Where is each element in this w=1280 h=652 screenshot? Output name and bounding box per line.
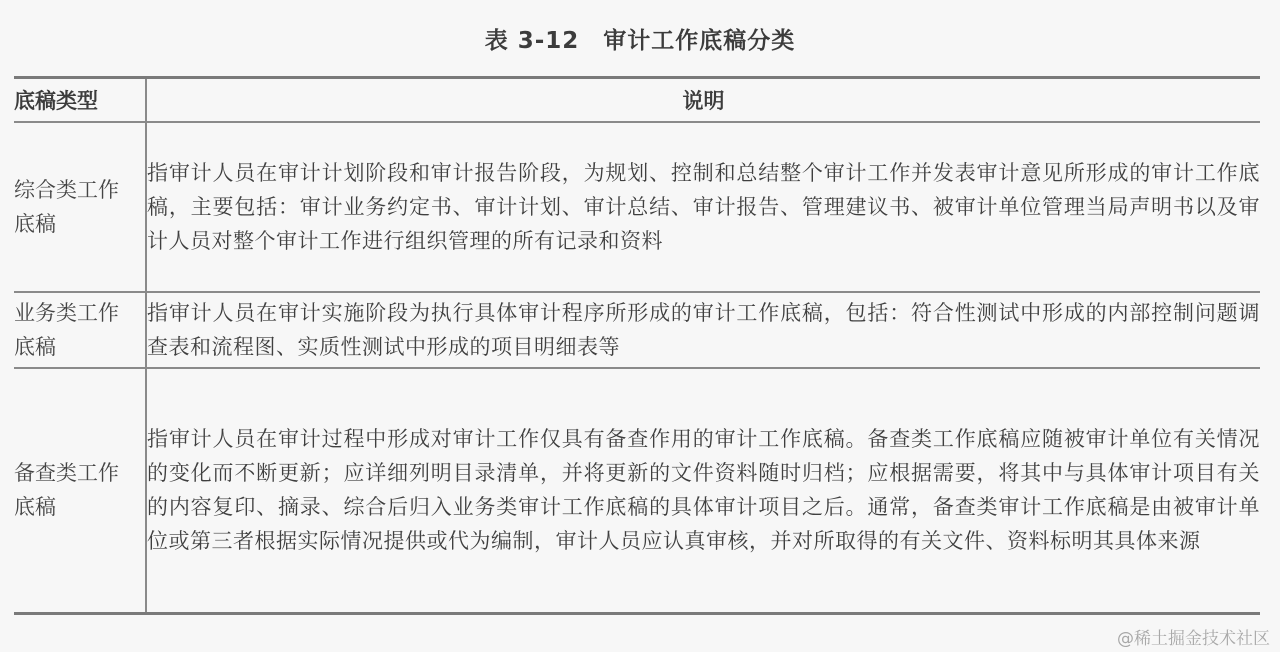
- header-type: 底稿类型: [14, 78, 146, 123]
- row-description: 指审计人员在审计实施阶段为执行具体审计程序所形成的审计工作底稿，包括：符合性测试…: [146, 292, 1260, 368]
- row-type: 备查类工作底稿: [14, 368, 146, 613]
- working-papers-table: 底稿类型 说明 综合类工作底稿 指审计人员在审计计划阶段和审计报告阶段，为规划、…: [14, 76, 1260, 615]
- header-description: 说明: [146, 78, 1260, 123]
- table-row: 备查类工作底稿 指审计人员在审计过程中形成对审计工作仅具有备查作用的审计工作底稿…: [14, 368, 1260, 613]
- table-number: 表 3-12: [485, 28, 580, 54]
- row-type: 综合类工作底稿: [14, 122, 146, 292]
- row-description: 指审计人员在审计过程中形成对审计工作仅具有备查作用的审计工作底稿。备查类工作底稿…: [146, 368, 1260, 613]
- table-row: 综合类工作底稿 指审计人员在审计计划阶段和审计报告阶段，为规划、控制和总结整个审…: [14, 122, 1260, 292]
- row-description: 指审计人员在审计计划阶段和审计报告阶段，为规划、控制和总结整个审计工作并发表审计…: [146, 122, 1260, 292]
- watermark: @稀土掘金技术社区: [1117, 624, 1270, 649]
- table-header-row: 底稿类型 说明: [14, 78, 1260, 123]
- row-type: 业务类工作底稿: [14, 292, 146, 368]
- table-title: 审计工作底稿分类: [603, 28, 795, 54]
- table-row: 业务类工作底稿 指审计人员在审计实施阶段为执行具体审计程序所形成的审计工作底稿，…: [14, 292, 1260, 368]
- table-caption: 表 3-12审计工作底稿分类: [0, 22, 1280, 55]
